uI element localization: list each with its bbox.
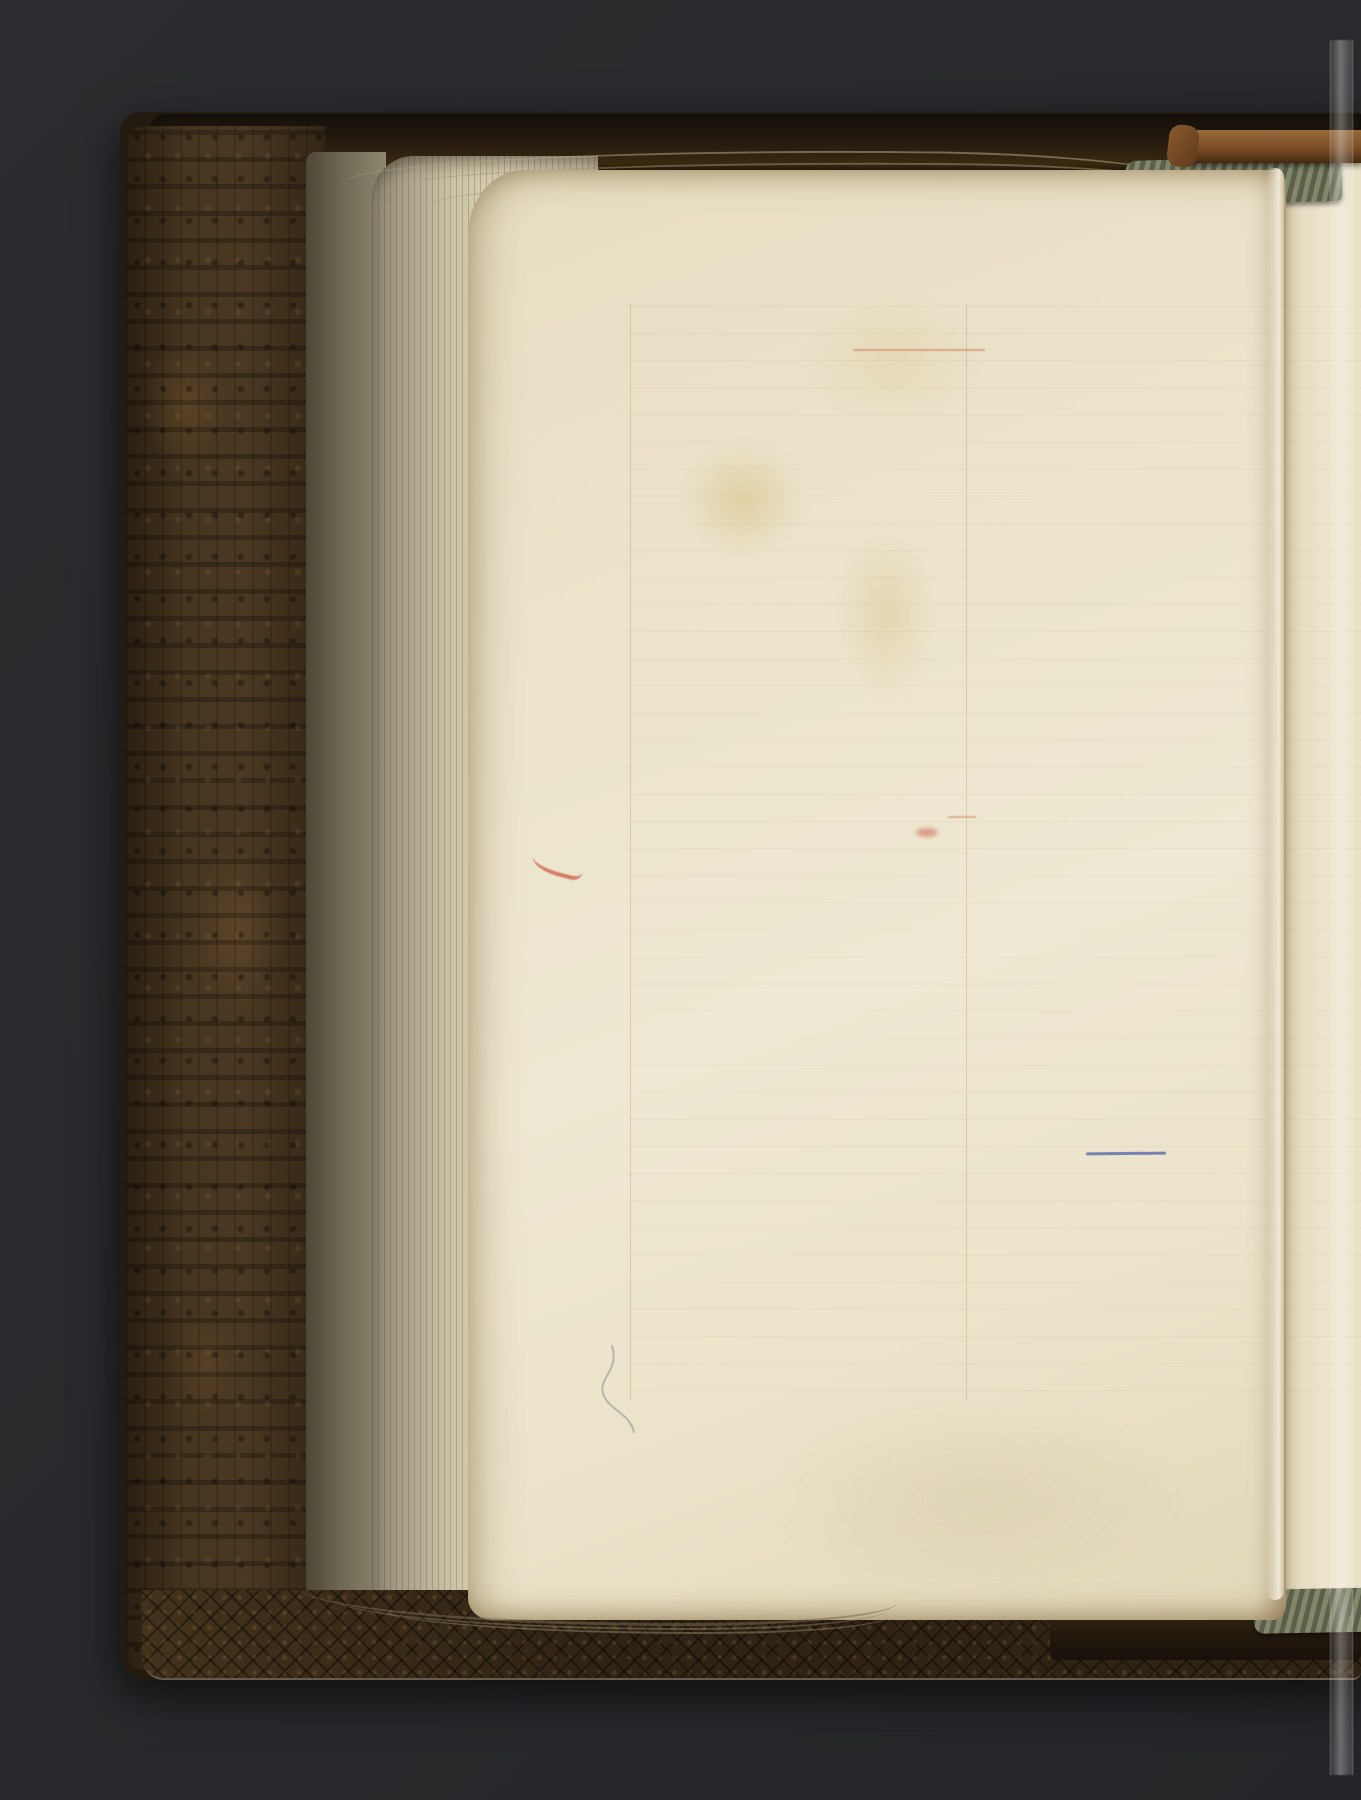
gutter-page-edge bbox=[1266, 168, 1284, 1600]
red-ink-smear bbox=[916, 828, 938, 837]
manuscript-photo: ſione huic error illd apli. ro. v. lex ſ… bbox=[0, 0, 1361, 1800]
ruling-vertical bbox=[630, 304, 631, 1400]
ruling-vertical bbox=[966, 304, 967, 1400]
red-underline-mark bbox=[853, 349, 985, 351]
acrylic-strip bbox=[1330, 40, 1353, 1775]
book bbox=[120, 112, 1361, 1680]
ruling-lines bbox=[628, 306, 1361, 1402]
pen-trial-mark bbox=[588, 1342, 668, 1442]
red-underline-mark bbox=[948, 816, 976, 818]
book-cover-leather bbox=[126, 126, 326, 1674]
